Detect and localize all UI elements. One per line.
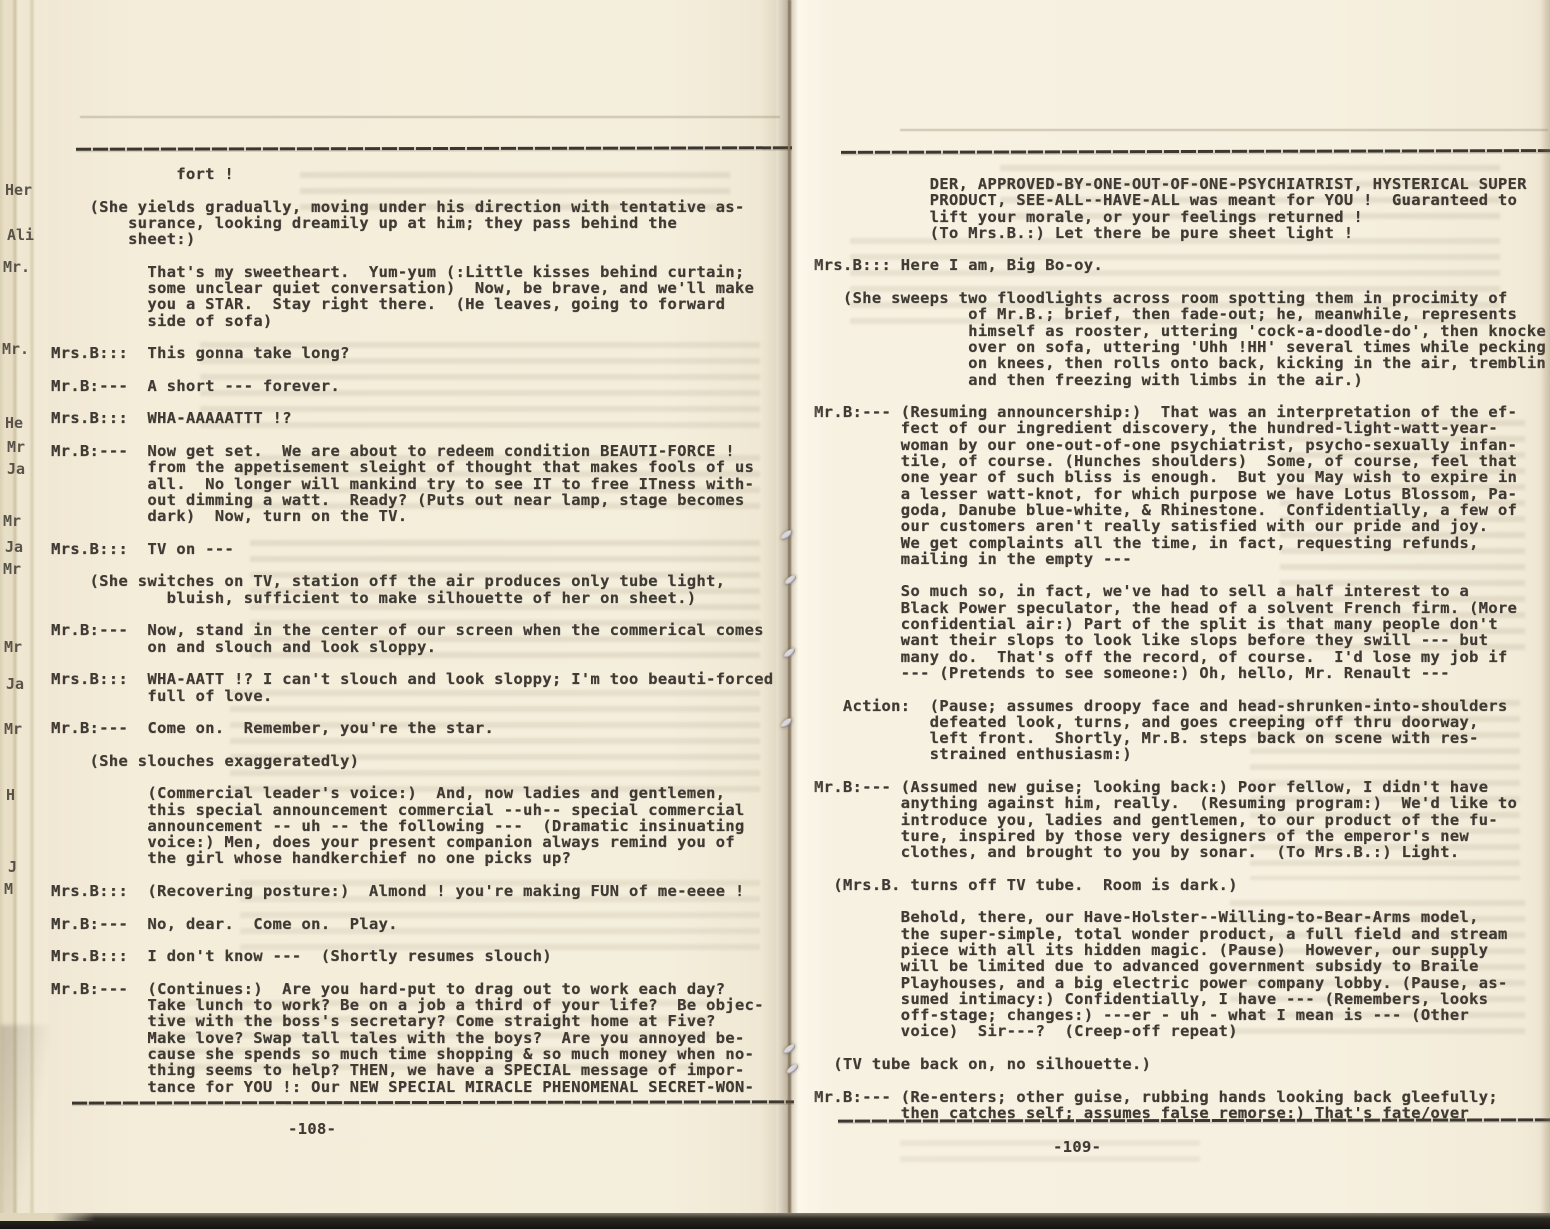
bleedthrough-smudge xyxy=(900,1140,1200,1168)
page-text-right: DER, APPROVED-BY-ONE-OUT-OF-ONE-PSYCHIAT… xyxy=(814,176,1546,1121)
prev-page-text-fragment: Ja xyxy=(7,460,25,478)
prev-page-text-fragment: Mr xyxy=(3,560,21,578)
bleedthrough-rule xyxy=(900,129,1548,131)
page-number-right: -109- xyxy=(1053,1138,1101,1156)
prev-page-text-fragment: Ja xyxy=(5,538,23,556)
prev-page-text-fragment: Mr. xyxy=(2,340,29,358)
scanner-strip-notch xyxy=(0,1213,95,1221)
prev-page-text-fragment: Mr xyxy=(7,438,25,456)
corner-crease xyxy=(0,1025,50,1215)
prev-page-text-fragment: Ja xyxy=(6,675,24,693)
prev-page-text-fragment: Mr xyxy=(3,512,21,530)
prev-page-text-fragment: Mr xyxy=(4,720,22,738)
prev-page-text-fragment: Mr xyxy=(4,638,22,656)
prev-page-text-fragment: M xyxy=(4,880,13,898)
page-number-left: -108- xyxy=(288,1120,336,1138)
prev-page-text-fragment: He xyxy=(5,414,23,432)
book-scan: fort ! (She yields gradually, moving und… xyxy=(0,0,1550,1229)
page-text-left: fort ! (She yields gradually, moving und… xyxy=(51,166,773,1095)
page-outer-edge xyxy=(1540,0,1550,1229)
scanner-bed-strip xyxy=(0,1213,1550,1229)
prev-page-text-fragment: Mr. xyxy=(3,258,30,276)
prev-page-text-fragment: Ali xyxy=(7,226,34,244)
bleedthrough-rule xyxy=(80,116,780,118)
prev-page-text-fragment: J xyxy=(8,858,17,876)
prev-page-text-fragment: Her xyxy=(5,181,32,199)
prev-page-text-fragment: H xyxy=(6,786,15,804)
